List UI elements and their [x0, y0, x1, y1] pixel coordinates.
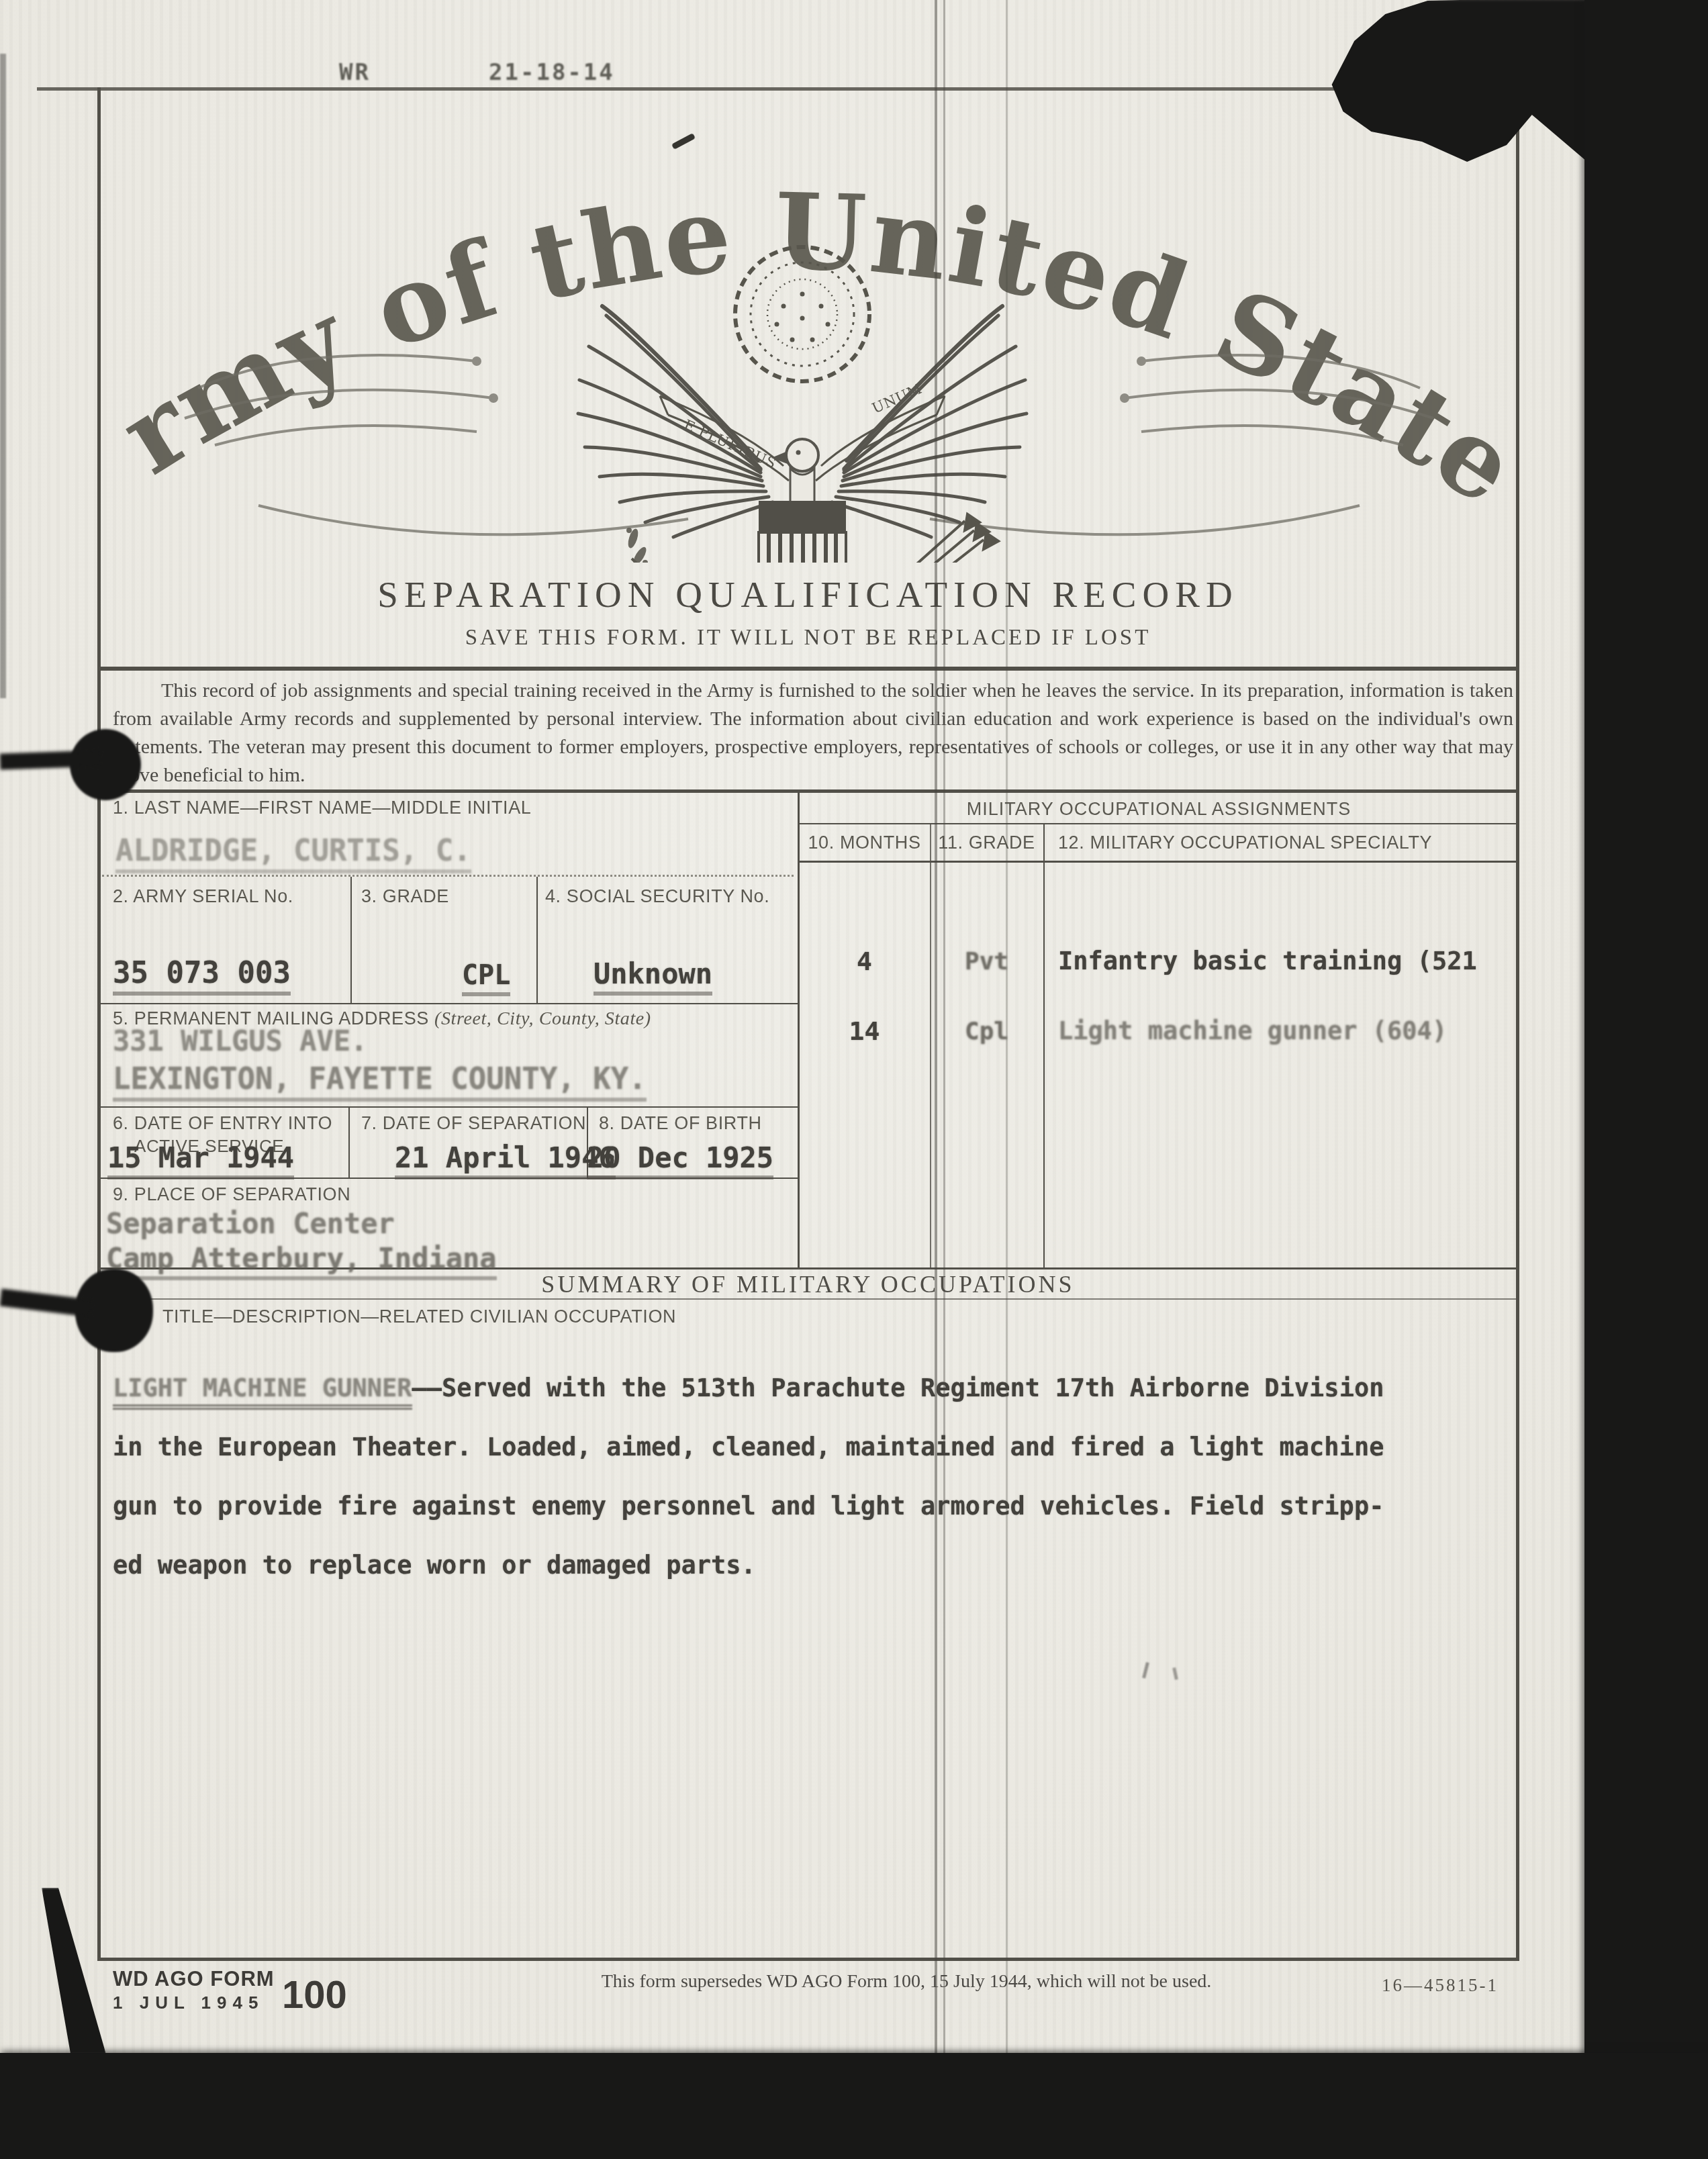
- field-label-birth-date: 8. DATE OF BIRTH: [599, 1113, 762, 1134]
- torn-corner-bottom-left: [42, 1888, 106, 2054]
- eagle-right-wing: [832, 306, 1027, 537]
- footer-form-date: 1 JUL 1945: [113, 1993, 264, 2013]
- field-value-birth-date: 20 Dec 1925: [587, 1141, 773, 1180]
- field-label-address-detail: (Street, City, County, State): [434, 1008, 651, 1029]
- field-value-name: ALDRIDGE, CURTIS, C.: [115, 834, 471, 873]
- form-title: SEPARATION QUALIFICATION RECORD: [97, 573, 1519, 616]
- assignment-row-specialty: Infantry basic training (521: [1058, 947, 1477, 975]
- field-value-grade: CPL: [462, 960, 510, 996]
- fold-crease-line: [1006, 0, 1008, 2053]
- footer-supersede-note: This form supersedes WD AGO Form 100, 15…: [470, 1971, 1343, 1993]
- field-label-place-separation: 9. PLACE OF SEPARATION: [113, 1184, 350, 1205]
- rule-assign-header: [799, 823, 1519, 824]
- eagle-head: [786, 439, 818, 471]
- rule-grid-top: [97, 789, 1519, 793]
- summary-line-4: ed weapon to replace worn or damaged par…: [113, 1551, 756, 1580]
- left-edge-shadow: [0, 54, 6, 698]
- summary-line-2: in the European Theater. Loaded, aimed, …: [113, 1433, 1384, 1461]
- star-field: [775, 292, 831, 342]
- assignment-row-grade: Pvt: [930, 948, 1043, 975]
- field-value-address-line2: LEXINGTON, FAYETTE COUNTY, KY.: [113, 1062, 647, 1102]
- field-value-separation-date: 21 April 1946: [395, 1141, 616, 1180]
- assignment-row-grade: Cpl: [930, 1018, 1043, 1045]
- field-label-serial: 2. ARMY SERIAL No.: [113, 886, 293, 907]
- field-value-entry-date: 15 Mar 1944: [107, 1141, 294, 1180]
- occupation-title: LIGHT MACHINE GUNNER: [113, 1374, 412, 1410]
- col-header-specialty: 12. MILITARY OCCUPATIONAL SPECIALTY: [1058, 832, 1432, 853]
- eagle-left-wing: [578, 306, 773, 537]
- shield-chief: [759, 501, 846, 532]
- summary-line-1: LIGHT MACHINE GUNNER——Served with the 51…: [113, 1374, 1384, 1402]
- divider-f6-f7: [348, 1108, 350, 1179]
- scan-edge-bottom: [0, 2053, 1708, 2159]
- summary-field-label: TITLE—DESCRIPTION—RELATED CIVILIAN OCCUP…: [162, 1306, 676, 1327]
- stray-pencil-mark: [1172, 1668, 1178, 1680]
- assignments-header: MILITARY OCCUPATIONAL ASSIGNMENTS: [799, 799, 1519, 820]
- field-value-place-line1: Separation Center: [106, 1207, 395, 1240]
- scanned-form-page: WR 21-18-14 Army of the United States: [0, 0, 1708, 2159]
- field-label-grade: 3. GRADE: [361, 886, 449, 907]
- scan-edge-right: [1584, 0, 1708, 2159]
- shield-stripes: [769, 532, 836, 563]
- col-header-months: 10. MONTHS: [799, 832, 930, 853]
- col-header-grade: 11. GRADE: [930, 832, 1043, 853]
- field-value-serial: 35 073 003: [113, 956, 291, 996]
- fold-crease-line: [943, 0, 945, 2053]
- stamp-initials: WR: [339, 59, 371, 86]
- divider-f2-f3: [350, 877, 352, 1004]
- rule-row3-bottom: [97, 1106, 799, 1108]
- divider-grade-specialty: [1043, 823, 1045, 1269]
- assignment-row-months: 4: [799, 947, 930, 976]
- field-label-name: 1. LAST NAME—FIRST NAME—MIDDLE INITIAL: [113, 798, 531, 818]
- footer-print-code: 16—45815-1: [1382, 1975, 1499, 1996]
- frame-left: [97, 87, 101, 1961]
- top-rule: [37, 87, 1519, 91]
- summary-line-1-rest: ——Served with the 513th Parachute Regime…: [412, 1374, 1384, 1402]
- field-value-ssn: Unknown: [594, 957, 712, 996]
- rule-under-subtitle: [97, 667, 1519, 671]
- field-label-entry-line1: 6. DATE OF ENTRY INTO: [113, 1113, 332, 1134]
- intro-paragraph: This record of job assignments and speci…: [113, 677, 1513, 789]
- name-writing-line: [102, 875, 794, 877]
- eagle-neck: [790, 469, 814, 503]
- rule-summary-bottom: [97, 1298, 1519, 1300]
- frame-bottom: [97, 1958, 1519, 1961]
- divider-months-grade: [930, 823, 931, 1269]
- divider-f3-f4: [536, 877, 538, 1004]
- olive-branch: [626, 528, 728, 563]
- summary-line-3: gun to provide fire against enemy person…: [113, 1492, 1384, 1521]
- footer-form-number: 100: [282, 1972, 347, 2017]
- eagle-eye: [796, 450, 801, 455]
- field-value-address-line1: 331 WILGUS AVE.: [113, 1024, 367, 1057]
- assignment-row-months: 14: [799, 1016, 930, 1046]
- form-subtitle: SAVE THIS FORM. IT WILL NOT BE REPLACED …: [97, 626, 1519, 651]
- fold-crease-line: [935, 0, 937, 2053]
- rule-row2-bottom: [97, 1003, 799, 1004]
- stamp-date-code: 21-18-14: [489, 59, 615, 86]
- summary-band-title: SUMMARY OF MILITARY OCCUPATIONS: [97, 1270, 1519, 1298]
- rule-assign-subheader: [799, 861, 1519, 863]
- footer-form-name: WD AGO FORM: [113, 1967, 275, 1991]
- field-label-separation-date: 7. DATE OF SEPARATION: [361, 1113, 586, 1134]
- army-header-art: Army of the United States: [97, 93, 1521, 563]
- stray-pencil-mark: [1142, 1662, 1149, 1678]
- frame-right: [1516, 87, 1519, 1961]
- field-label-ssn: 4. SOCIAL SECURITY No.: [545, 886, 769, 907]
- assignment-row-specialty: Light machine gunner (604): [1058, 1016, 1447, 1045]
